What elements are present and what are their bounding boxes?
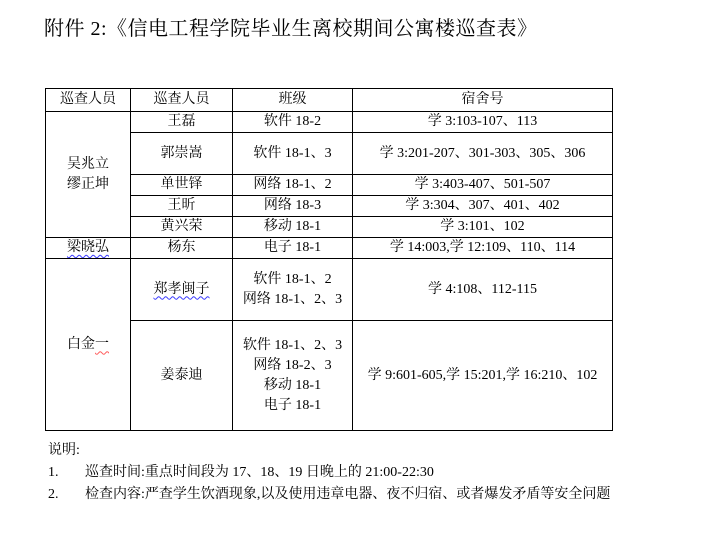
note-number: 1. bbox=[48, 462, 85, 484]
dorm-cell: 学 14:003,学 12:109、110、114 bbox=[353, 238, 613, 259]
inspector-cell: 黄兴荣 bbox=[131, 217, 233, 238]
class-cell: 电子 18-1 bbox=[233, 238, 353, 259]
dorm-cell: 学 3:201-207、301-303、305、306 bbox=[353, 133, 613, 175]
note-item-1: 1. 巡查时间:重点时间段为 17、18、19 日晚上的 21:00-22:30 bbox=[48, 462, 620, 484]
class-cell: 网络 18-3 bbox=[233, 196, 353, 217]
header-inspector-column: 巡查人员 bbox=[131, 89, 233, 112]
table-header-row: 巡查人员 巡查人员 班级 宿舍号 bbox=[46, 89, 613, 112]
dorm-cell: 学 4:108、112-115 bbox=[353, 259, 613, 321]
inspector-cell: 郭崇嵩 bbox=[131, 133, 233, 175]
class-cell: 软件 18-1、2、3 网络 18-2、3 移动 18-1 电子 18-1 bbox=[233, 321, 353, 431]
inspection-table: 巡查人员 巡查人员 班级 宿舍号 吴兆立 缪正坤 王磊 软件 18-2 学 3:… bbox=[45, 88, 613, 431]
spellcheck-marked-name: 郑孝闽子 bbox=[154, 282, 210, 297]
header-class-column: 班级 bbox=[233, 89, 353, 112]
notes-section: 说明: 1. 巡查时间:重点时间段为 17、18、19 日晚上的 21:00-2… bbox=[48, 440, 620, 506]
note-number: 2. bbox=[48, 484, 85, 506]
spellcheck-marked-name: 梁晓弘 bbox=[67, 240, 109, 255]
table-row: 姜泰迪 软件 18-1、2、3 网络 18-2、3 移动 18-1 电子 18-… bbox=[46, 321, 613, 431]
note-item-2: 2. 检查内容:严查学生饮酒现象,以及使用违章电器、夜不归宿、或者爆发矛盾等安全… bbox=[48, 484, 620, 506]
class-cell: 网络 18-1、2 bbox=[233, 175, 353, 196]
page-title: 附件 2:《信电工程学院毕业生离校期间公寓楼巡查表》 bbox=[44, 12, 538, 41]
inspector-cell: 王昕 bbox=[131, 196, 233, 217]
dorm-cell: 学 9:601-605,学 15:201,学 16:210、102 bbox=[353, 321, 613, 431]
table-row: 吴兆立 缪正坤 王磊 软件 18-2 学 3:103-107、113 bbox=[46, 112, 613, 133]
header-dorm-column: 宿舍号 bbox=[353, 89, 613, 112]
leader-cell-group2: 梁晓弘 bbox=[46, 238, 131, 259]
notes-label: 说明: bbox=[48, 440, 620, 462]
inspector-cell: 杨东 bbox=[131, 238, 233, 259]
table-row: 单世铎 网络 18-1、2 学 3:403-407、501-507 bbox=[46, 175, 613, 196]
inspector-cell: 郑孝闽子 bbox=[131, 259, 233, 321]
table-row: 梁晓弘 杨东 电子 18-1 学 14:003,学 12:109、110、114 bbox=[46, 238, 613, 259]
inspector-cell: 姜泰迪 bbox=[131, 321, 233, 431]
dorm-cell: 学 3:304、307、401、402 bbox=[353, 196, 613, 217]
spellcheck-marked-char: 一 bbox=[95, 337, 109, 352]
table-row: 白金一 郑孝闽子 软件 18-1、2 网络 18-1、2、3 学 4:108、1… bbox=[46, 259, 613, 321]
note-text: 检查内容:严查学生饮酒现象,以及使用违章电器、夜不归宿、或者爆发矛盾等安全问题 bbox=[85, 484, 620, 506]
leader-cell-group3: 白金一 bbox=[46, 259, 131, 431]
dorm-cell: 学 3:101、102 bbox=[353, 217, 613, 238]
inspector-cell: 王磊 bbox=[131, 112, 233, 133]
table-row: 王昕 网络 18-3 学 3:304、307、401、402 bbox=[46, 196, 613, 217]
dorm-cell: 学 3:403-407、501-507 bbox=[353, 175, 613, 196]
table-row: 郭崇嵩 软件 18-1、3 学 3:201-207、301-303、305、30… bbox=[46, 133, 613, 175]
class-cell: 软件 18-1、3 bbox=[233, 133, 353, 175]
class-cell: 软件 18-1、2 网络 18-1、2、3 bbox=[233, 259, 353, 321]
class-cell: 移动 18-1 bbox=[233, 217, 353, 238]
note-text: 巡查时间:重点时间段为 17、18、19 日晚上的 21:00-22:30 bbox=[85, 462, 620, 484]
class-cell: 软件 18-2 bbox=[233, 112, 353, 133]
inspector-cell: 单世铎 bbox=[131, 175, 233, 196]
leader-cell-group1: 吴兆立 缪正坤 bbox=[46, 112, 131, 238]
dorm-cell: 学 3:103-107、113 bbox=[353, 112, 613, 133]
table-row: 黄兴荣 移动 18-1 学 3:101、102 bbox=[46, 217, 613, 238]
leader-name-part: 白金 bbox=[67, 337, 95, 352]
header-leader-column: 巡查人员 bbox=[46, 89, 131, 112]
